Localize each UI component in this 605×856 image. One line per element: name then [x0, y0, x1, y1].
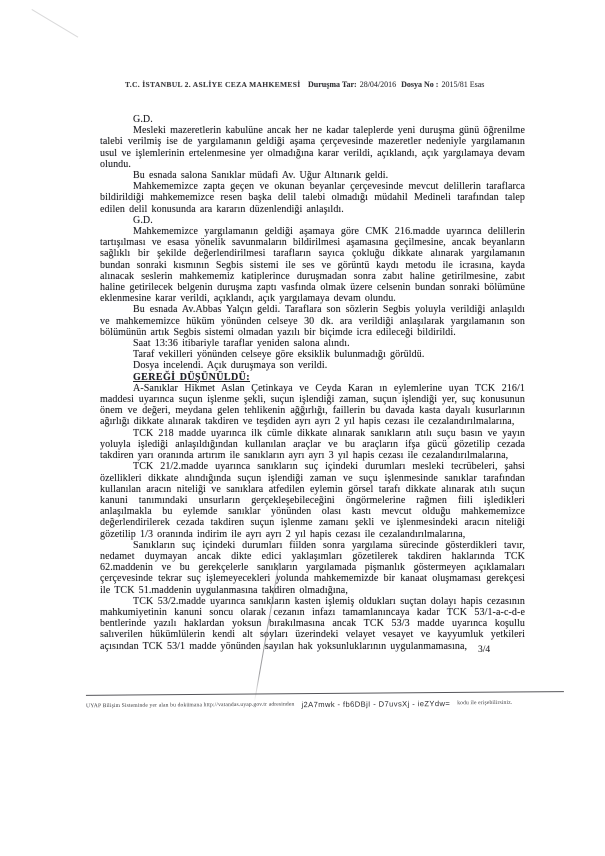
- uyap-footer-suffix: kodu ile erişebilirsiniz.: [457, 700, 512, 706]
- body-paragraph: A-Sanıklar Hikmet Aslan Çetinkaya ve Cey…: [100, 383, 525, 428]
- interim-decision-marker: G.D.: [100, 215, 525, 226]
- body-paragraph: Mahkememizce yargılamanın geldiği aşamay…: [100, 226, 525, 304]
- interim-decision-marker: G.D.: [100, 114, 525, 125]
- document-body: G.D. Mesleki mazeretlerin kabulüne ancak…: [100, 114, 525, 652]
- uyap-verification-code: j2A7mwk - fb6DBjI - D7uvsXj - ieZYdw=: [301, 699, 450, 709]
- file-no-value: 2015/81 Esas: [441, 80, 484, 89]
- body-paragraph: TCK 53/2.madde uyarınca sanıkların kaste…: [100, 596, 525, 652]
- scan-scratch-artifact: [31, 9, 78, 38]
- body-paragraph: Bu esnada Av.Abbas Yalçın geldi. Tarafla…: [100, 304, 525, 338]
- body-paragraph: Saat 13:36 itibariyle taraflar yeniden s…: [100, 338, 525, 349]
- hearing-date-value: 28/04/2016: [360, 80, 396, 89]
- page-number: 3/4: [478, 645, 490, 655]
- file-no-label: Dosya No :: [401, 80, 438, 89]
- body-paragraph: TCK 21/2.madde uyarınca sanıkların suç i…: [100, 461, 525, 539]
- body-paragraph: Bu esnada salona Sanıklar müdafi Av. Uğu…: [100, 170, 525, 181]
- body-paragraph: Sanıkların suç içindeki durumları fiilde…: [100, 540, 525, 596]
- verdict-section-heading: GEREĞİ DÜŞÜNÜLDÜ:: [100, 372, 525, 383]
- body-paragraph: Mahkememizce zapta geçen ve okunan beyan…: [100, 181, 525, 215]
- hearing-date-label: Duruşma Tar:: [308, 80, 357, 89]
- document-header: T.C. İSTANBUL 2. ASLİYE CEZA MAHKEMESİ D…: [0, 80, 605, 96]
- uyap-footer: UYAP Bilişim Sisteminde yer alan bu dokü…: [86, 691, 564, 715]
- scanned-court-document-page: T.C. İSTANBUL 2. ASLİYE CEZA MAHKEMESİ D…: [0, 0, 605, 856]
- uyap-footer-prefix: UYAP Bilişim Sisteminde yer alan bu dokü…: [86, 702, 294, 710]
- case-info: Duruşma Tar:28/04/2016Dosya No :2015/81 …: [308, 80, 489, 89]
- body-paragraph: Taraf vekilleri yönünden celseye göre ek…: [100, 349, 525, 360]
- body-paragraph: Mesleki mazeretlerin kabulüne ancak her …: [100, 125, 525, 170]
- court-name: T.C. İSTANBUL 2. ASLİYE CEZA MAHKEMESİ: [125, 80, 301, 89]
- body-paragraph: Dosya incelendi. Açık duruşmaya son veri…: [100, 360, 525, 371]
- body-paragraph: TCK 218 madde uyarınca ilk cümle dikkate…: [100, 428, 525, 462]
